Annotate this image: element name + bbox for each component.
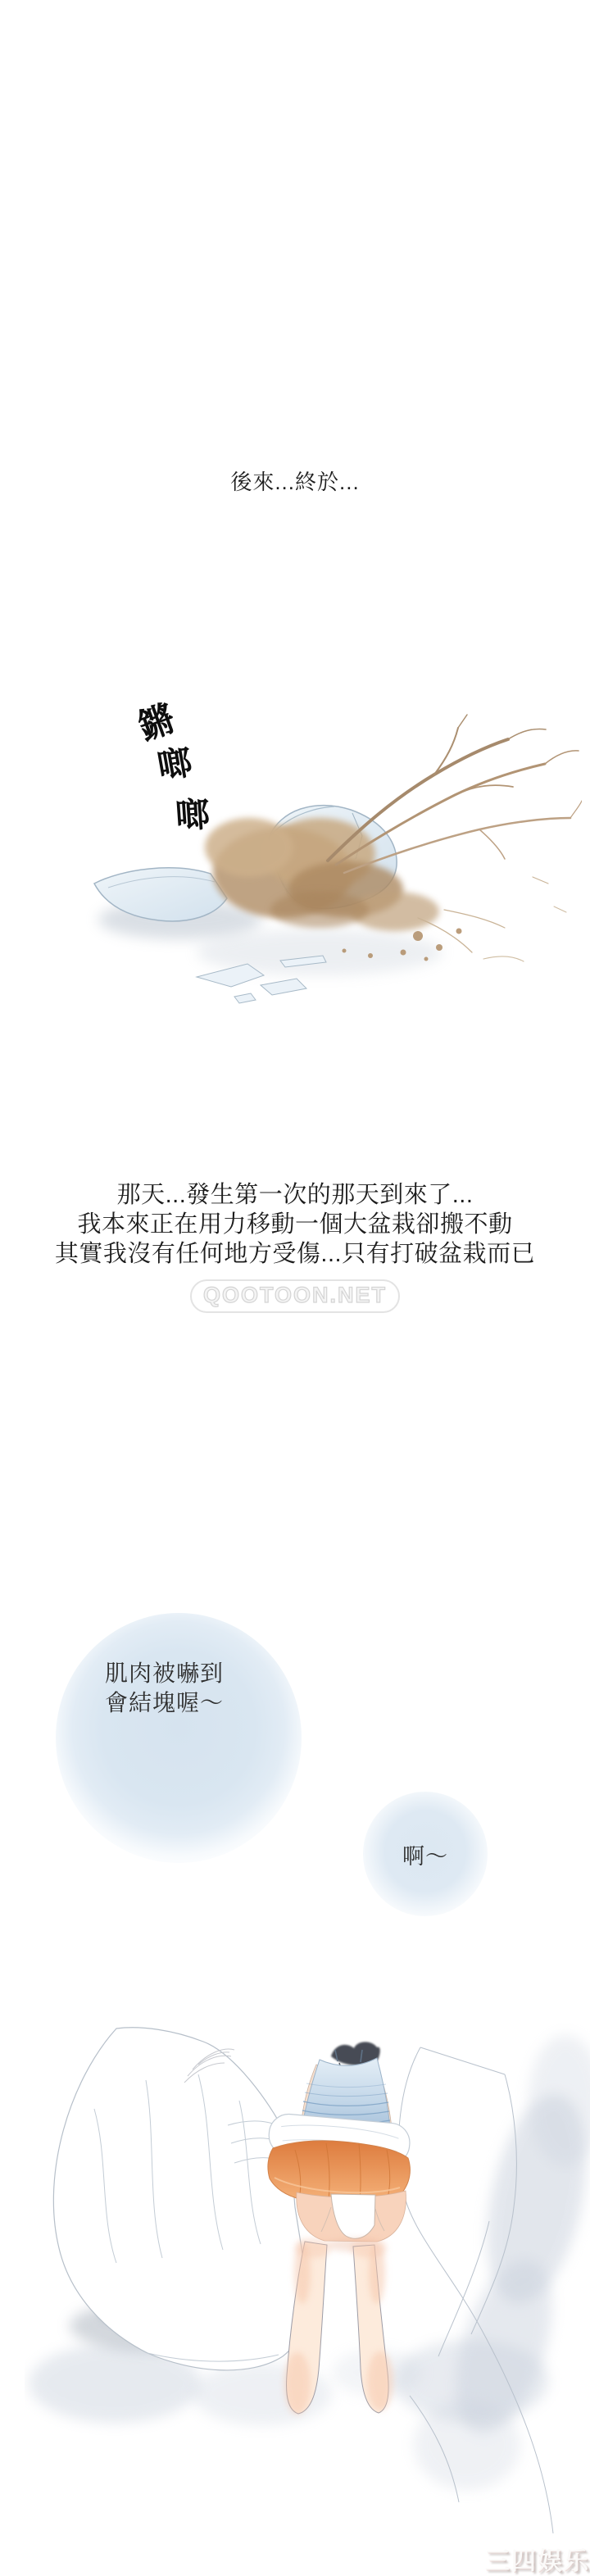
narration-top: 後來...終於... — [0, 466, 590, 496]
broken-pot-illustration — [74, 713, 582, 1029]
bedroom-scene-illustration — [25, 2002, 590, 2576]
narration-middle: 那天...發生第一次的那天到來了... 我本來正在用力移動一個大盆栽卻搬不動 其… — [0, 1180, 590, 1269]
narration-line-2: 我本來正在用力移動一個大盆栽卻搬不動 — [0, 1210, 590, 1239]
site-watermark: 三四娱乐 — [485, 2541, 590, 2576]
speech-bubble-1: 肌肉被嚇到 會結塊喔～ — [56, 1613, 302, 1863]
bubble-1-line-2: 會結塊喔～ — [105, 1688, 224, 1718]
narration-line-1: 那天...發生第一次的那天到來了... — [0, 1180, 590, 1210]
drapery-right — [399, 2035, 590, 2533]
speech-bubble-2: 啊～ — [363, 1792, 488, 1916]
webtoon-page: 後來...終於... 鏘 啷 啷 — [0, 0, 590, 2576]
narration-line-3: 其實我沒有任何地方受傷...只有打破盆栽而已 — [0, 1239, 590, 1269]
bubble-1-line-1: 肌肉被嚇到 — [105, 1659, 224, 1688]
qootoon-watermark: QOOTOON.NET — [0, 1279, 590, 1313]
qootoon-watermark-text: QOOTOON.NET — [190, 1279, 400, 1313]
bubble-2-line-1: 啊～ — [402, 1838, 448, 1870]
speech-bubble-1-text: 肌肉被嚇到 會結塊喔～ — [105, 1659, 224, 1718]
man-figure — [53, 2028, 306, 2370]
